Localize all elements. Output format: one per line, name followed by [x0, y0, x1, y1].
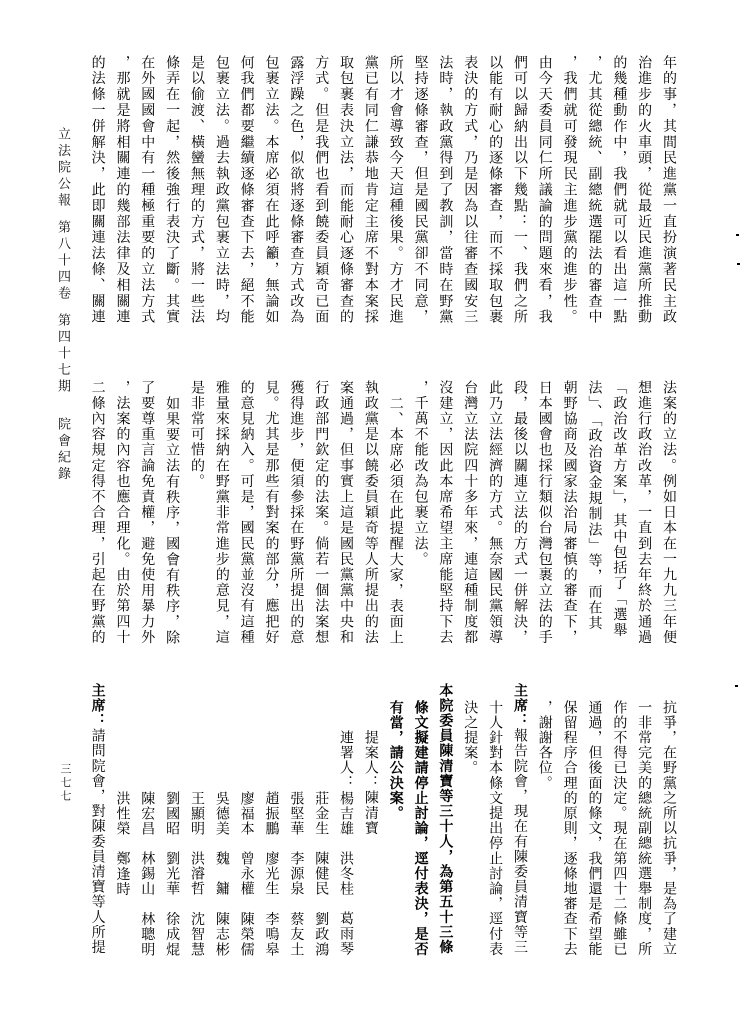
- volume-number: 第八十四卷: [55, 220, 69, 303]
- cosigner-column: 趙振鵬廖光生李鳴皋: [259, 700, 284, 957]
- cosigner-column: 洪性榮鄭逢時: [110, 700, 135, 896]
- text-column: 行政部門欽定的法案。倘若一個法案想: [308, 380, 333, 645]
- cosigner-column: 連署人：楊吉雄洪冬桂葛雨琴: [333, 700, 358, 957]
- text-column: 露浮躁之色，似欲將逐條審查方式改為: [284, 55, 309, 325]
- cosigner-column: 王顯明洪濬哲沈智慧: [184, 700, 209, 957]
- text-column: 台灣立法院四十多年來，連這種制度都: [457, 380, 482, 645]
- text-column: 黨已有同仁謙恭地肯定主席不對本案採: [358, 55, 383, 325]
- text-column: 日本國會也採行類似台灣包裹立法的手: [532, 380, 557, 645]
- cosigner-column: 劉國昭劉光華徐成焜: [159, 700, 184, 957]
- text-column: 取包裹表決立法，而能耐心逐條審查的: [333, 55, 358, 325]
- text-column: 年的事，其間民進黨一直扮演著民主政: [656, 55, 681, 325]
- cosigner-name: 陳宏昌: [139, 791, 155, 836]
- cosigner-name: 王顯明: [189, 791, 205, 836]
- chair-report-column: 主席：報告院會，現在有陳委員清寶等三: [507, 683, 532, 955]
- text-column: 是以偷渡、橫蠻無理的方式，將一些法: [184, 55, 209, 325]
- publication-title: 立法院公報: [55, 127, 69, 210]
- cosigner-name: 洪性榮: [114, 791, 130, 836]
- chair-question-column: 主席：請問院會，對陳委員清寶等人所提: [85, 683, 110, 955]
- cosigner-name: 葛雨琴: [338, 911, 354, 956]
- text-column: 方式。但是我們也看到饒委員穎奇已面: [308, 55, 333, 325]
- proposer-name: 陳清寶: [363, 791, 379, 836]
- cosigner-name: 沈智慧: [189, 911, 205, 956]
- text-column: 由今天委員同仁所議論的問題來看，我: [532, 55, 557, 325]
- text-column: 二條內容規定得不合理，引起在野黨的: [85, 380, 110, 645]
- text-column: 了要尊重言論免責權，避免使用暴力外: [134, 380, 159, 645]
- text-column: ，千萬不能改為包裹立法。: [408, 380, 433, 567]
- text-column: 法時，執政黨得到了教訓，當時在野黨: [433, 55, 458, 325]
- cosigner-column: 吳德美魏 鏞陳志彬: [209, 700, 234, 957]
- cosigner-name: 陳健民: [313, 851, 329, 896]
- cosigner-name: 劉國昭: [164, 791, 180, 836]
- text-column: 執政黨是以饒委員穎奇等人所提出的法: [358, 380, 383, 645]
- text-column: ，法案的內容也應合理化。由於第四十: [110, 380, 135, 645]
- page-number: 三七七: [58, 763, 72, 804]
- scan-speck: [737, 263, 740, 265]
- scan-speck: [736, 234, 739, 236]
- motion-title-column: 本院委員陳清寶等三十人，為第五十三條: [433, 683, 458, 955]
- cosigner-name: 張堅華: [288, 791, 304, 836]
- text-column: 表決的方式，乃是因為以往審查國安三: [457, 55, 482, 325]
- cosigner-name: 莊金生: [313, 791, 329, 836]
- text-band-middle: 法案的立法。例如日本在一九九三年便 想進行政治改革，一直到去年終於通過 「政治改…: [85, 380, 681, 645]
- speaker-label: 主席：: [90, 683, 106, 728]
- cosigner-name: 魏 鏞: [214, 851, 230, 896]
- cosigner-name: 廖光生: [264, 851, 280, 896]
- cosigner-column: 張堅華李源泉蔡友土: [284, 700, 309, 957]
- cosigner-name: 曾永權: [239, 851, 255, 896]
- proposer-label: 提案人：: [363, 730, 379, 790]
- text-column: 何我們都要繼續逐條審查下去，絕不能: [234, 55, 259, 325]
- text-column: 法案的立法。例如日本在一九九三年便: [656, 380, 681, 645]
- speech-text: 報告院會，現在有陳委員清寶等三: [512, 728, 528, 955]
- text-column: 保留程序合理的原則，逐條地審查下去: [557, 700, 582, 957]
- text-column: 獲得進步，便須參採在野黨所提出的意: [284, 380, 309, 645]
- text-column: ，尤其從總統、副總統選罷法的審查中: [582, 55, 607, 325]
- text-column: 堅持逐條審查，但是國民黨卻不同意，: [408, 55, 433, 325]
- text-band-bottom: 抗爭，在野黨之所以抗爭，是為了建立 一非常完美的總統副總統選舉制度，所 作的不得…: [85, 700, 681, 957]
- cosigner-name: 洪冬桂: [338, 851, 354, 896]
- text-column: 們可以歸納出以下幾點：一、我們之所: [507, 55, 532, 325]
- cosigner-name: 蔡友土: [288, 911, 304, 956]
- text-column: 通過，但後面的條文，我們還是希望能: [582, 700, 607, 957]
- text-column: 十人針對本條文提出停止討論，逕付表: [482, 700, 507, 957]
- text-column: 作的不得已決定。現在第四十二條雖已: [606, 700, 631, 957]
- text-column: ，我們就可發現民主進步黨的進步性。: [557, 55, 582, 325]
- text-column: 朝野協商及國家法治局審慎的審查下，: [557, 380, 582, 645]
- text-column: 段，最後以關連立法的方式一併解決，: [507, 380, 532, 645]
- cosigner-name: 吳德美: [214, 791, 230, 836]
- text-column: 是非常可惜的。: [184, 380, 209, 489]
- cosigner-name: 鄭逢時: [114, 851, 130, 896]
- text-column: 案通過，但事實上這是國民黨黨中央和: [333, 380, 358, 645]
- issue-number: 第四十七期: [55, 313, 69, 396]
- section-title: 院會紀錄: [55, 417, 69, 483]
- text-column: 在外國國會中有一種極重要的立法方式: [134, 55, 159, 325]
- text-column: 條弄在一起，然後強行表決了斷。其實: [159, 55, 184, 325]
- text-column: 沒建立，因此本席希望主席能堅持下去: [433, 380, 458, 645]
- cosigner-column: 莊金生陳健民劉政鴻: [308, 700, 333, 957]
- paragraph-start-column: 二、本席必須在此提醒大家，表面上: [383, 380, 408, 645]
- cosigner-name: 林聰明: [139, 911, 155, 956]
- cosigner-name: 林錫山: [139, 851, 155, 896]
- text-column: 抗爭，在野黨之所以抗爭，是為了建立: [656, 700, 681, 957]
- cosigner-column: 廖福本曾永權陳榮儒: [234, 700, 259, 957]
- text-column: 以能有耐心的逐條審查，而不採取包裹: [482, 55, 507, 325]
- text-column: ，那就是將相關連的幾部法律及相關連: [110, 55, 135, 325]
- text-column: 一非常完美的總統副總統選舉制度，所: [631, 700, 656, 957]
- cosigner-name: 洪濬哲: [189, 851, 205, 896]
- cosigner-name: 劉政鴻: [313, 911, 329, 956]
- cosigner-name: 劉光華: [164, 851, 180, 896]
- text-column: 法」、「政治資金規制法」等，而在其: [582, 380, 607, 631]
- text-column: 的意見納入。可是，國民黨並沒有這種: [234, 380, 259, 645]
- scan-speck: [735, 685, 738, 687]
- motion-title-column: 有當，請公決案。: [383, 700, 408, 821]
- text-column: 治進步的火車頭，從最近民進黨所推動: [631, 55, 656, 325]
- text-column: 此乃立法經濟的方式。無奈國民黨領導: [482, 380, 507, 645]
- cosigner-name: 李源泉: [288, 851, 304, 896]
- speaker-label: 主席：: [512, 683, 528, 728]
- text-column: 雅量來採納在野黨非常進步的意見，這: [209, 380, 234, 645]
- text-column: 想進行政治改革，一直到去年終於通過: [631, 380, 656, 645]
- cosigner-label: 連署人：: [338, 730, 354, 790]
- cosigner-name: 楊吉雄: [338, 791, 354, 836]
- cosigner-name: 廖福本: [239, 791, 255, 836]
- text-band-top: 年的事，其間民進黨一直扮演著民主政 治進步的火車頭，從最近民進黨所推動 的幾種動…: [85, 55, 681, 325]
- text-column: 所以才會導致今天這種後果。方才民進: [383, 55, 408, 325]
- text-column: ，謝謝各位。: [532, 700, 557, 791]
- text-column: 「政治改革方案」，其中包括了「選舉: [606, 380, 631, 638]
- proposer-column: 提案人：陳清寶: [358, 700, 383, 836]
- cosigner-name: 徐成焜: [164, 911, 180, 956]
- text-column: 的幾種動作中，我們就可以看出這一點: [606, 55, 631, 325]
- text-column: 包裹立法。過去執政黨包裹立法時，均: [209, 55, 234, 325]
- text-column: 決之提案。: [457, 700, 482, 776]
- speech-text: 請問院會，對陳委員清寶等人所提: [90, 728, 106, 955]
- cosigner-column: 陳宏昌林錫山林聰明: [134, 700, 159, 957]
- cosigner-name: 趙振鵬: [264, 791, 280, 836]
- text-column: 的法條一併解決，此即關連法條、關連: [85, 55, 110, 325]
- paragraph-start-column: 如果要立法有秩序，國會有秩序，除: [159, 380, 184, 645]
- motion-title-column: 條文擬建請停止討論，逕付表決，是否: [408, 700, 433, 957]
- cosigner-name: 李鳴皋: [264, 911, 280, 956]
- text-column: 包裹立法。本席必須在此呼籲，無論如: [259, 55, 284, 325]
- cosigner-name: 陳志彬: [214, 911, 230, 956]
- cosigner-name: 陳榮儒: [239, 911, 255, 956]
- text-column: 見。尤其是那些有對案的部分，應把好: [259, 380, 284, 645]
